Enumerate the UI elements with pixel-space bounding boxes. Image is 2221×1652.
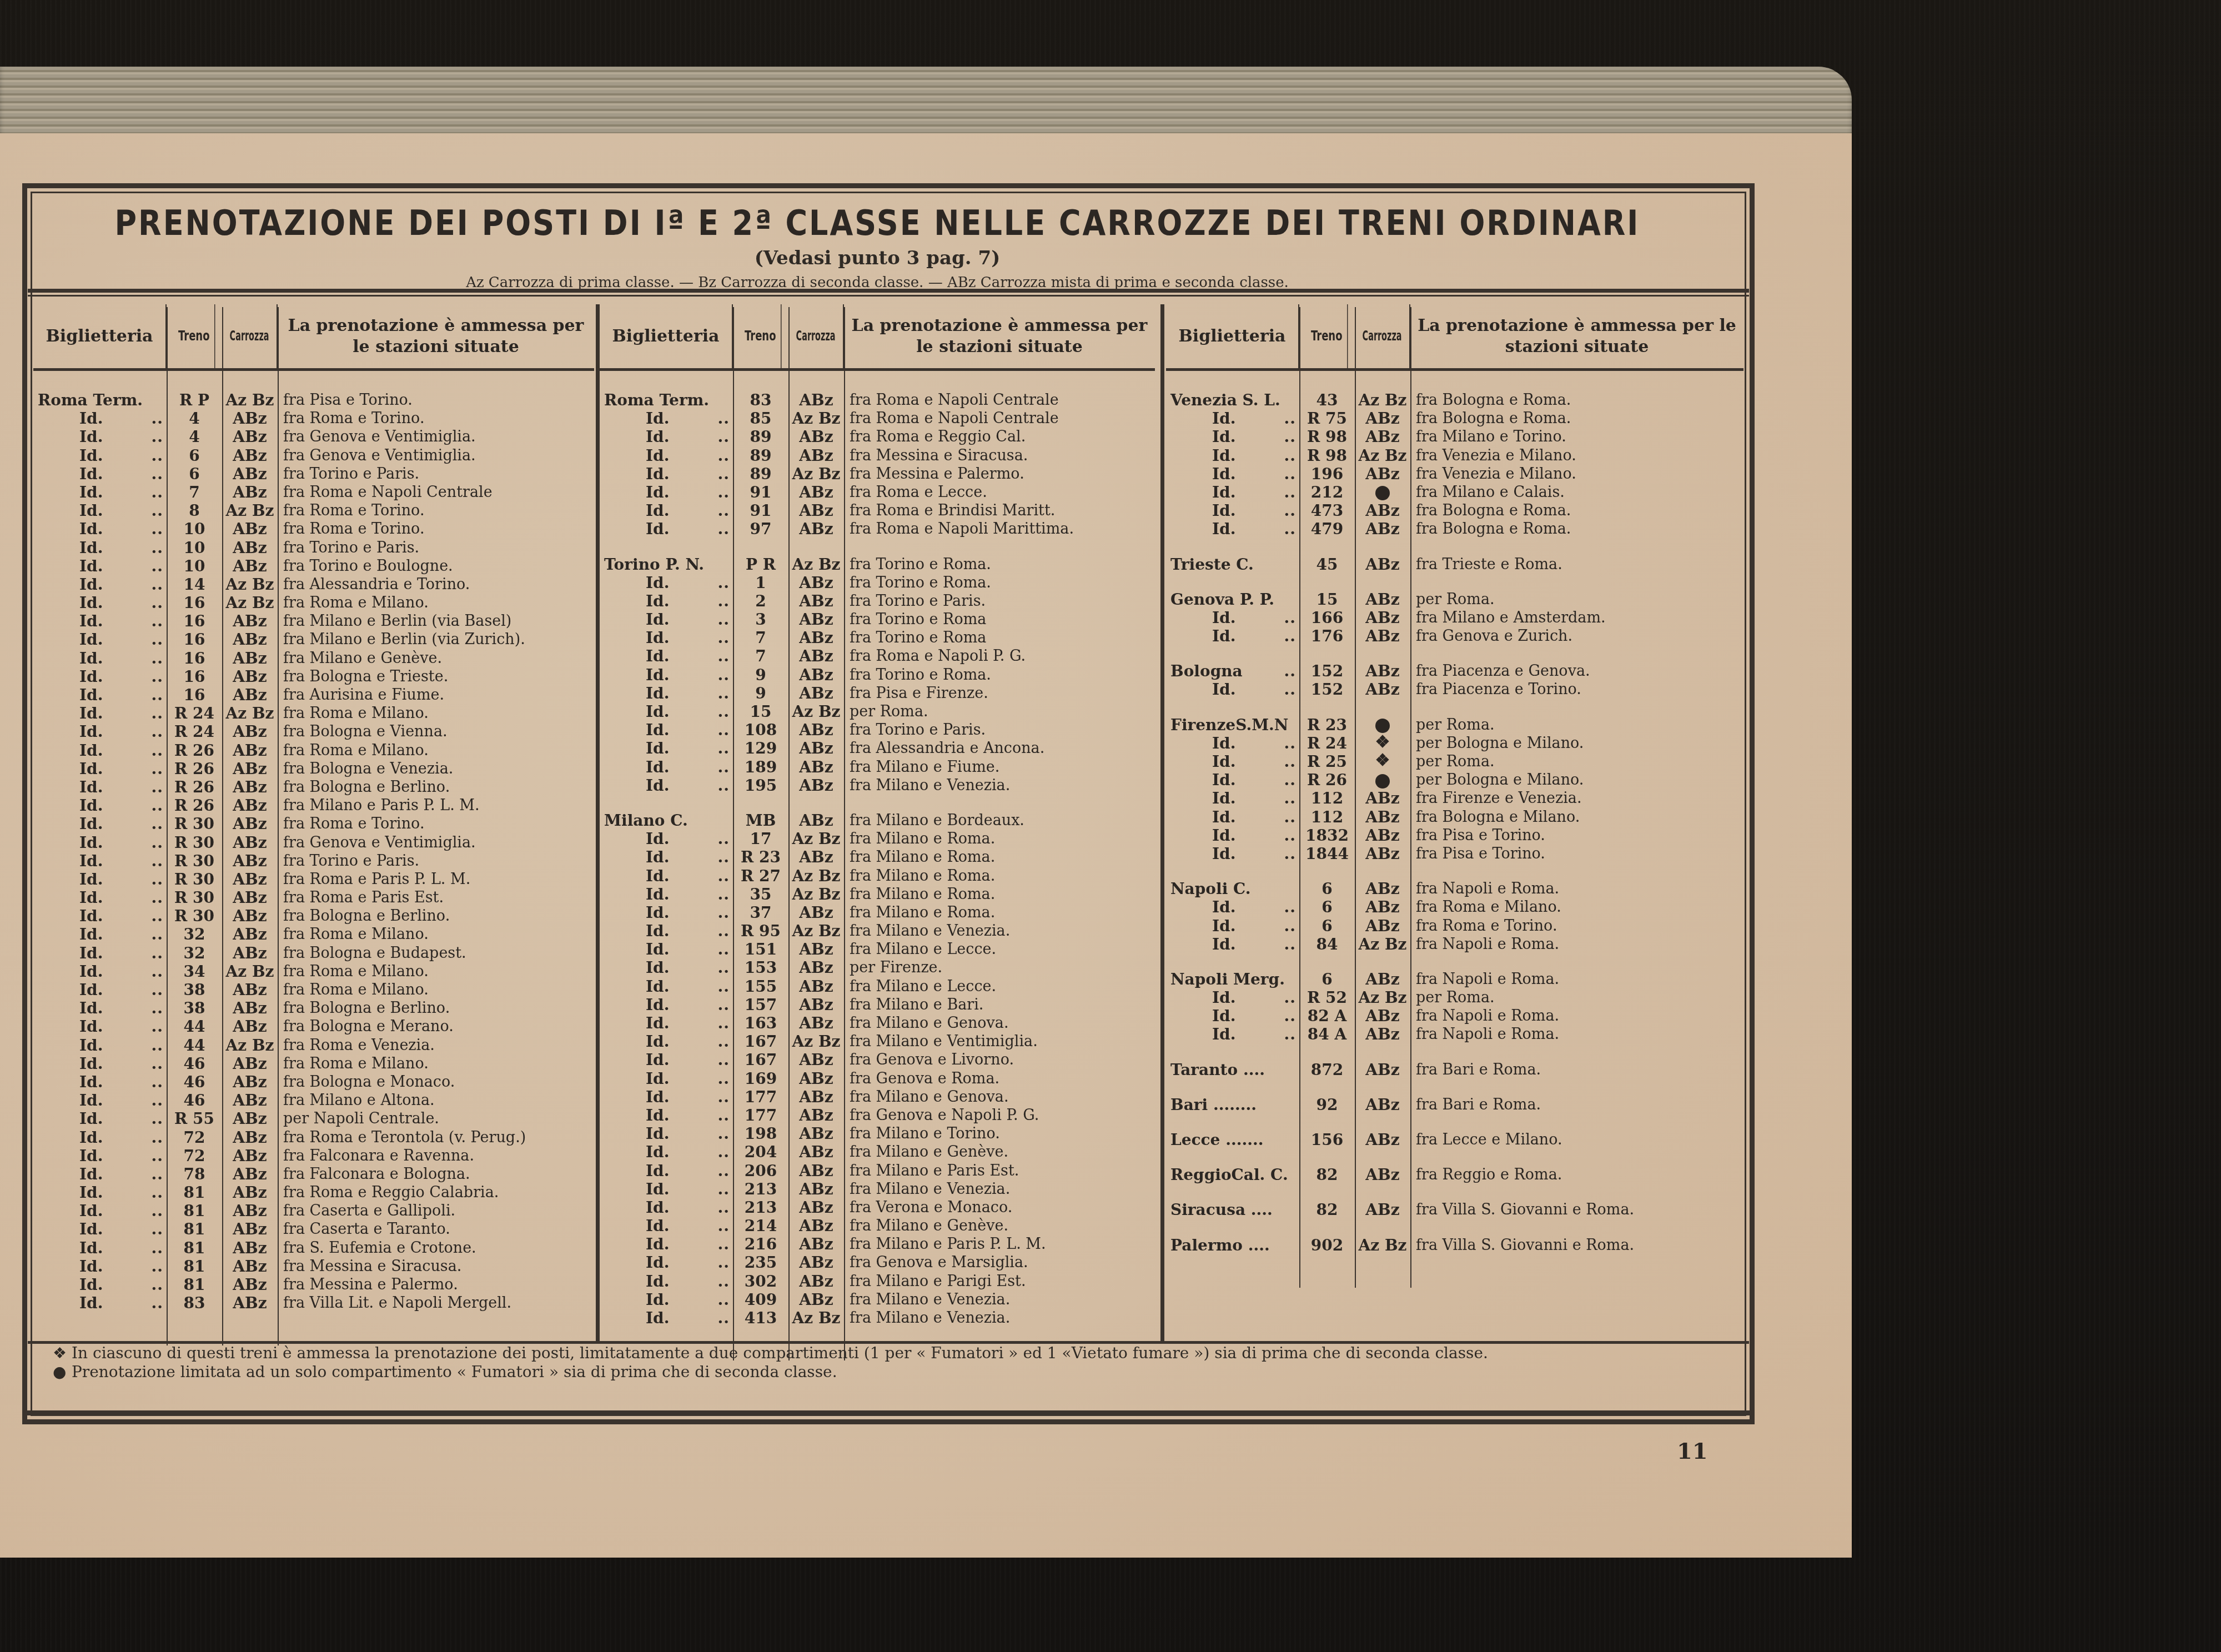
cell-treno: 72 [167,1147,222,1165]
cell-carrozza: ABz [788,629,844,647]
cell-treno: 7 [167,483,222,501]
cell-treno: 8 [167,501,222,520]
header-treno: Treno [740,304,782,368]
cell-treno: 213 [733,1198,788,1217]
cell-carrozza: ABz [788,1143,844,1161]
cell-carrozza: ABz [788,940,844,958]
cell-biglietteria: Siracusa .... [1166,1201,1299,1219]
leader-dots: .. [718,647,730,665]
table-row: Id...72ABzfra Falconara e Ravenna. [33,1147,594,1165]
cell-description: fra Milano e Roma. [844,885,1155,903]
station-name: Id. [1170,409,1235,428]
cell-biglietteria: Id... [33,925,167,943]
cell-biglietteria: Id... [33,520,167,538]
leader-dots: .. [718,1088,730,1106]
cell-carrozza: ABz [788,848,844,866]
station-name: Id. [38,1165,103,1183]
cell-biglietteria: Milano C. [600,811,733,830]
cell-treno: P R [733,555,788,574]
table-row: Id...14Az Bzfra Alessandria e Torino. [33,575,594,594]
cell-treno: 152 [1299,680,1355,699]
cell-treno: 6 [167,446,222,465]
cell-treno: 81 [167,1202,222,1220]
table-row: Id...129ABzfra Alessandria e Ancona. [600,739,1155,757]
table-row: Id...163ABzfra Milano e Genova. [600,1014,1155,1032]
station-name: Id. [604,1088,669,1106]
station-name: Id. [1170,845,1235,863]
cell-description: fra Milano e Venezia. [844,922,1155,940]
station-name: Id. [604,702,669,721]
station-name: Id. [604,977,669,996]
cell-biglietteria: Trieste C. [1166,555,1299,574]
cell-description: fra Villa Lit. e Napoli Mergell. [278,1294,594,1312]
cell-description: fra Falconara e Ravenna. [278,1147,594,1165]
cell-carrozza: Az Bz [222,704,278,722]
cell-description: fra Genova e Ventimiglia. [278,428,594,446]
leader-dots: .. [718,1106,730,1124]
cell-description: fra Firenze e Venezia. [1410,789,1743,807]
station-name: Id. [1170,789,1235,807]
header-description: La prenotazione è ammessa per le stazion… [844,304,1155,368]
cell-carrozza: Az Bz [788,465,844,483]
cell-biglietteria: Id... [600,501,733,520]
cell-biglietteria: Bari ........ [1166,1096,1299,1114]
cell-treno: R 30 [167,852,222,870]
leader-dots: .. [152,575,164,594]
cell-description: fra Torino e Paris. [278,852,594,870]
cell-treno: R 24 [167,722,222,741]
cell-description: fra Venezia e Milano. [1410,446,1743,465]
cell-description: fra Messina e Palermo. [278,1276,594,1294]
cell-treno: R P [167,391,222,409]
leader-dots: .. [1284,409,1297,428]
cell-biglietteria: Napoli C. [1166,880,1299,898]
cell-treno: 6 [1299,898,1355,916]
table-row: Napoli Merg.6ABzfra Napoli e Roma. [1166,970,1743,988]
cell-carrozza: ABz [222,833,278,852]
cell-biglietteria: Id... [33,796,167,815]
cell-treno: 235 [733,1253,788,1272]
station-name: Id. [38,852,103,870]
cell-carrozza: ABz [222,667,278,686]
cell-carrozza: ABz [788,1162,844,1180]
cell-biglietteria: Id... [33,1073,167,1091]
cell-description: fra Torino e Roma. [844,666,1155,684]
cell-description: fra Pisa e Torino. [278,391,594,409]
cell-biglietteria: Id... [33,1257,167,1276]
cell-description: fra Roma e Torino. [278,815,594,833]
station-name: Id. [38,796,103,815]
cell-treno: R 30 [167,833,222,852]
table-row: Id...R 26ABzfra Bologna e Berlino. [33,778,594,796]
table-row: Id...44Az Bzfra Roma e Venezia. [33,1036,594,1055]
station-name: Id. [604,1235,669,1253]
leader-dots: .. [718,940,730,958]
cell-biglietteria: Id... [600,428,733,446]
filled-circle-icon: ● [53,1363,72,1382]
cell-description: fra Roma e Napoli Centrale [844,391,1155,409]
leader-dots: .. [718,1069,730,1088]
cell-carrozza: ABz [222,1091,278,1109]
table-row: Id...206ABzfra Milano e Paris Est. [600,1162,1155,1180]
leader-dots: .. [718,1180,730,1198]
header-description: La prenotazione è ammessa per le stazion… [1410,304,1743,368]
cell-carrozza: ABz [222,1165,278,1183]
cell-carrozza: ABz [788,610,844,629]
station-name: Id. [38,1294,103,1312]
cell-description: fra Roma e Milano. [278,981,594,999]
cell-description: fra Pisa e Firenze. [844,684,1155,702]
column-rule [1299,307,1300,1288]
cell-carrozza: ABz [222,630,278,649]
cell-description: fra Milano e Venezia. [844,776,1155,795]
cell-treno: 163 [733,1014,788,1032]
cell-treno: 156 [1299,1131,1355,1149]
cell-treno: 213 [733,1180,788,1198]
cell-biglietteria: Id... [33,649,167,667]
station-name: Id. [38,888,103,907]
leader-dots: .. [1284,1025,1297,1043]
leader-dots: .. [1284,1007,1297,1025]
table-row: Venezia S. L.43Az Bzfra Bologna e Roma. [1166,391,1743,409]
table-row: Id...81ABzfra Caserta e Taranto. [33,1220,594,1238]
station-name: Id. [38,539,103,557]
cell-biglietteria: Id... [33,815,167,833]
cell-treno: 44 [167,1017,222,1036]
station-name: Id. [38,815,103,833]
cell-biglietteria: Id... [600,867,733,885]
cell-carrozza: Az Bz [788,1309,844,1327]
cell-treno: R 30 [167,888,222,907]
table-row: Id...212fra Milano e Calais. [1166,483,1743,501]
cell-description: fra Genova e Ventimiglia. [278,833,594,852]
cell-biglietteria: Id... [1166,752,1299,771]
cell-treno: 167 [733,1032,788,1051]
station-name: Id. [38,870,103,888]
cell-biglietteria: Id... [1166,680,1299,699]
table-row: Id...81ABzfra S. Eufemia e Crotone. [33,1239,594,1257]
table-row: Id...479ABzfra Bologna e Roma. [1166,520,1743,538]
cell-carrozza: ABz [1355,917,1410,935]
cell-carrozza: ABz [222,888,278,907]
cell-description: fra Roma e Paris Est. [278,888,594,907]
cell-treno: 46 [167,1091,222,1109]
header-carrozza: Carrozza [788,304,844,368]
cell-treno: 409 [733,1291,788,1309]
table-row: Id...409ABzfra Milano e Venezia. [600,1291,1155,1309]
station-name: Id. [604,1162,669,1180]
cell-description: fra Verona e Monaco. [844,1198,1155,1217]
cell-treno: 45 [1299,555,1355,574]
cell-description: fra Milano e Roma. [844,848,1155,866]
station-name: Id. [38,1220,103,1238]
table-row: Id...89Az Bzfra Messina e Palermo. [600,465,1155,483]
cell-description: fra Villa S. Giovanni e Roma. [1410,1201,1743,1219]
cell-description: fra Roma e Napoli Marittima. [844,520,1155,538]
cell-carrozza: ABz [222,520,278,538]
cell-description: fra Bologna e Berlino. [278,907,594,925]
cell-biglietteria: Id... [33,428,167,446]
header-biglietteria: Biglietteria [33,304,167,368]
leader-dots: .. [1284,428,1297,446]
cell-description: fra Bologna e Roma. [1410,391,1743,409]
cell-treno: 83 [733,391,788,409]
cell-biglietteria: Id... [600,520,733,538]
cell-description: fra Napoli e Roma. [1410,970,1743,988]
table-row: Id...38ABzfra Bologna e Berlino. [33,999,594,1017]
leader-dots: .. [152,1220,164,1238]
cell-carrozza: ABz [788,647,844,665]
cell-carrozza: Az Bz [788,867,844,885]
cell-carrozza: ABz [788,739,844,757]
leader-dots: .. [718,739,730,757]
cell-biglietteria: Id... [600,1180,733,1198]
leader-dots: .. [718,1217,730,1235]
cell-treno: 216 [733,1235,788,1253]
leader-dots: .. [1284,465,1297,483]
cell-description: fra Caserta e Taranto. [278,1220,594,1238]
cell-description: fra Roma e Napoli Centrale [278,483,594,501]
table-row: Id...R 75ABzfra Bologna e Roma. [1166,409,1743,428]
cell-biglietteria: Id... [600,1217,733,1235]
cell-treno: 82 A [1299,1007,1355,1025]
column-rule [1410,307,1411,1288]
leader-dots: .. [152,722,164,741]
station-name: Id. [604,1124,669,1143]
station-name: Bari ........ [1170,1096,1257,1114]
cell-carrozza: ABz [222,1257,278,1276]
filled-circle-icon [1355,483,1410,501]
cell-description: fra Pisa e Torino. [1410,826,1743,845]
cell-description: fra Milano e Venezia. [844,1309,1155,1327]
table-row: Id...R 25❖per Roma. [1166,752,1743,771]
station-name: Id. [1170,734,1235,752]
table-row: Id...167Az Bzfra Milano e Ventimiglia. [600,1032,1155,1051]
station-name: Id. [38,612,103,630]
cell-biglietteria: Roma Term. [33,391,167,409]
cell-carrozza: ABz [788,721,844,739]
cell-carrozza: ABz [222,409,278,428]
station-name: Id. [38,1276,103,1294]
cell-description: fra Milano e Venezia. [844,1180,1155,1198]
cell-biglietteria: Id... [600,958,733,977]
station-name: Napoli C. [1170,880,1251,898]
station-name: Id. [604,1143,669,1161]
station-name: Id. [604,885,669,903]
table-row: Id...16ABzfra Milano e Berlin (via Basel… [33,612,594,630]
cell-biglietteria: Id... [600,1198,733,1217]
cell-biglietteria: Id... [33,944,167,962]
leader-dots: .. [1284,845,1297,863]
leader-dots: .. [152,612,164,630]
cell-biglietteria: Id... [600,739,733,757]
cell-description: fra Milano e Berlin (via Basel) [278,612,594,630]
station-name: Id. [604,592,669,610]
table-row: Id...32ABzfra Bologna e Budapest. [33,944,594,962]
station-name: Id. [1170,988,1235,1007]
cell-description: fra Milano e Paris P. L. M. [844,1235,1155,1253]
station-name: Id. [604,1180,669,1198]
cell-description: fra Torino e Roma [844,629,1155,647]
cell-description: fra Milano e Roma. [844,867,1155,885]
cell-biglietteria: Id... [1166,483,1299,501]
cell-treno: 413 [733,1309,788,1327]
station-name: Id. [1170,808,1235,826]
table-row: Id...213ABzfra Verona e Monaco. [600,1198,1155,1217]
cell-carrozza: ABz [1355,590,1410,609]
cell-carrozza: ABz [222,760,278,778]
cell-biglietteria: Bologna.. [1166,662,1299,680]
leader-dots: .. [718,428,730,446]
cell-treno: R 23 [1299,716,1355,734]
cell-carrozza: ABz [222,796,278,815]
cell-biglietteria: Id... [600,409,733,428]
cell-carrozza: ABz [788,903,844,922]
table-row: Id...16ABzfra Bologna e Trieste. [33,667,594,686]
table-row: Id...R 30ABzfra Roma e Torino. [33,815,594,833]
station-name: Siracusa .... [1170,1201,1273,1219]
cell-description: per Roma. [844,702,1155,721]
column-rule [733,307,734,1360]
cell-biglietteria: Id... [600,446,733,465]
leader-dots: .. [152,1202,164,1220]
leader-dots: .. [152,870,164,888]
cell-treno: 15 [1299,590,1355,609]
leader-dots: .. [152,981,164,999]
cell-carrozza: ABz [222,1128,278,1147]
table-row: Id...R 26per Bologna e Milano. [1166,771,1743,789]
table-row: Id...R 55ABzper Napoli Centrale. [33,1109,594,1128]
table-row: Roma Term.83ABzfra Roma e Napoli Central… [600,391,1155,409]
cell-biglietteria: Id... [33,1202,167,1220]
cell-biglietteria: Id... [33,962,167,981]
table-row: Id...91ABzfra Roma e Lecce. [600,483,1155,501]
table-row: Id...151ABzfra Milano e Lecce. [600,940,1155,958]
cell-biglietteria: Id... [1166,845,1299,863]
leader-dots: .. [152,520,164,538]
cell-carrozza: ABz [222,778,278,796]
cell-treno: 112 [1299,789,1355,807]
cell-treno: 16 [167,594,222,612]
cell-description: fra Lecce e Milano. [1410,1131,1743,1149]
cell-biglietteria: Id... [600,721,733,739]
cell-treno: R 23 [733,848,788,866]
cell-carrozza: ABz [1355,808,1410,826]
cell-description: fra Bologna e Venezia. [278,760,594,778]
leader-dots: .. [152,1257,164,1276]
cell-biglietteria: Id... [33,686,167,704]
table-row: Id...R 52Az Bzper Roma. [1166,988,1743,1007]
cell-description: fra Bologna e Vienna. [278,722,594,741]
table-row: Roma Term.R PAz Bzfra Pisa e Torino. [33,391,594,409]
table-row: Id...R 24❖per Bologna e Milano. [1166,734,1743,752]
cell-biglietteria: Id... [33,722,167,741]
station-name: Id. [1170,771,1235,789]
cell-description: fra Bologna e Merano. [278,1017,594,1036]
cell-biglietteria: Id... [600,1291,733,1309]
station-name: Palermo .... [1170,1236,1270,1254]
leader-dots: .. [718,1143,730,1161]
table-row: Id...46ABzfra Bologna e Monaco. [33,1073,594,1091]
cell-biglietteria: Id... [1166,734,1299,752]
cell-description: fra Torino e Boulogne. [278,557,594,575]
station-name: Id. [1170,627,1235,645]
column-rule [167,307,168,1345]
cell-description: fra Milano e Torino. [844,1124,1155,1143]
cell-carrozza: ABz [788,977,844,996]
leader-dots: .. [152,1073,164,1091]
table-row: Id...16ABzfra Aurisina e Fiume. [33,686,594,704]
cell-treno: 97 [733,520,788,538]
table-row: Id...195ABzfra Milano e Venezia. [600,776,1155,795]
cell-treno: R 98 [1299,428,1355,446]
cell-description: fra Roma e Milano. [278,704,594,722]
table-row: Id...89ABzfra Messina e Siracusa. [600,446,1155,465]
cell-carrozza: ABz [222,981,278,999]
cell-carrozza: Az Bz [222,962,278,981]
station-name: Id. [38,1239,103,1257]
station-name: FirenzeS.M.N [1170,716,1288,734]
leader-dots: .. [718,721,730,739]
station-name: Id. [38,686,103,704]
cell-description: fra Bologna e Budapest. [278,944,594,962]
station-name: Id. [604,996,669,1014]
leader-dots: .. [718,1051,730,1069]
table-row: Id...R 98Az Bzfra Venezia e Milano. [1166,446,1743,465]
cell-carrozza: ABz [222,428,278,446]
cell-carrozza: ABz [788,1088,844,1106]
leader-dots: .. [152,944,164,962]
station-name: Id. [604,1309,669,1327]
cell-treno: 89 [733,428,788,446]
cell-description: fra Milano e Bari. [844,996,1155,1014]
column-rule [788,307,790,1360]
leader-dots: .. [152,852,164,870]
cell-biglietteria: Id... [1166,1025,1299,1043]
cell-biglietteria: Id... [33,1036,167,1055]
column-rule [278,307,279,1345]
station-name: Id. [38,1109,103,1128]
cell-biglietteria: Id... [1166,520,1299,538]
leader-dots: .. [152,1017,164,1036]
cell-treno: 152 [1299,662,1355,680]
cell-treno: 6 [167,465,222,483]
cell-treno: 37 [733,903,788,922]
table-row: Id...153ABzper Firenze. [600,958,1155,977]
station-name: Id. [38,1017,103,1036]
cell-carrozza: Az Bz [788,409,844,428]
station-name: Id. [604,1291,669,1309]
table-row: Id...6ABzfra Torino e Paris. [33,465,594,483]
cell-description: fra Milano e Roma. [844,903,1155,922]
cell-treno: 16 [167,649,222,667]
cell-carrozza: ABz [788,1198,844,1217]
cell-description: fra Bologna e Berlino. [278,778,594,796]
cell-treno: 78 [167,1165,222,1183]
leader-dots: .. [1284,501,1297,520]
cell-carrozza: Az Bz [788,1032,844,1051]
station-name: Id. [38,1147,103,1165]
cell-carrozza: ABz [1355,1166,1410,1184]
cell-treno: 196 [1299,465,1355,483]
table-row: FirenzeS.M.NR 23per Roma. [1166,716,1743,734]
cell-biglietteria: Id... [33,999,167,1017]
leader-dots: .. [718,520,730,538]
table-row: Id...189ABzfra Milano e Fiume. [600,758,1155,776]
leader-dots: .. [152,409,164,428]
cell-treno: 7 [733,629,788,647]
station-name: Id. [604,830,669,848]
